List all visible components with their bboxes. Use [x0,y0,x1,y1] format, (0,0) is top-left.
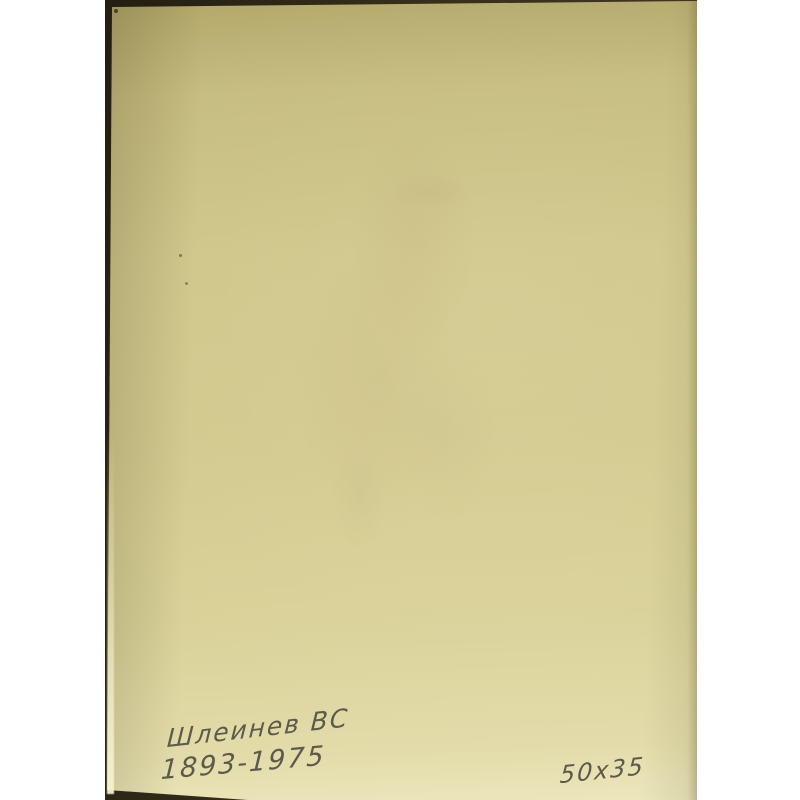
paper-speck [185,282,188,285]
photo-backdrop: Шлеинев ВС 1893-1975 50x35 [105,0,697,800]
paper-left-edge-highlight [107,426,114,794]
paper-stains [105,0,697,800]
paper-speck [179,254,182,257]
backdrop-corner-speck [114,9,118,13]
artwork-paper-verso: Шлеинев ВС 1893-1975 50x35 [105,0,697,800]
size-annotation: 50x35 [559,752,646,789]
photo-canvas: Шлеинев ВС 1893-1975 50x35 [0,0,800,800]
paper-right-edge-shadow [687,0,697,800]
